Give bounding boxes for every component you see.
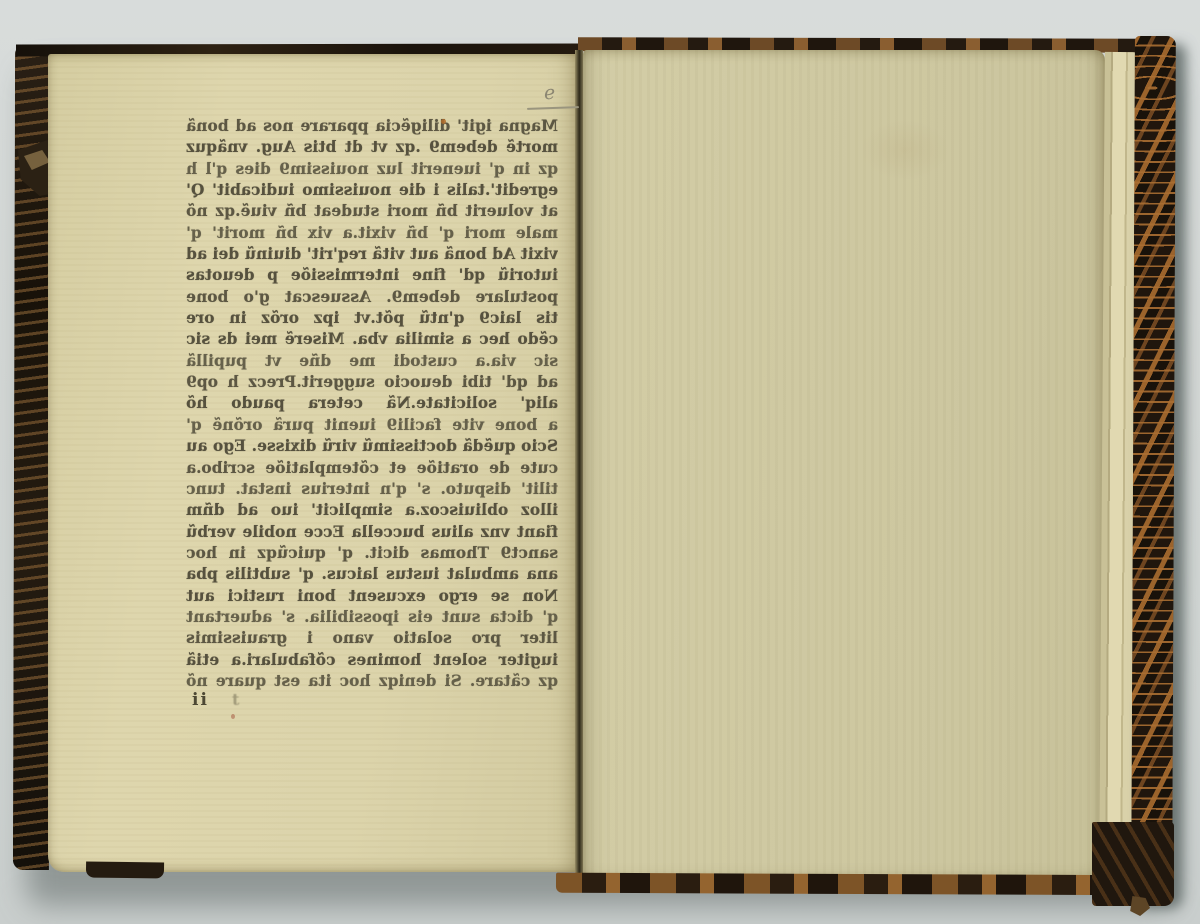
red-speck [231, 714, 235, 719]
marbled-cover-right-edge [1131, 36, 1176, 900]
text-line: iugiter solent homines cõfabulari.a etiã… [186, 650, 558, 671]
rust-speck [441, 119, 446, 124]
text-line: aliq' solicitate.Nã cetera paudo hõ simp… [186, 393, 558, 414]
text-line: at voluerit bñ mori studeat bñ viuẽ.qz n… [186, 201, 558, 222]
text-line: Non se ergo excusent boni rustici aut pu… [186, 586, 558, 607]
text-line: male mori q' bñ vixit.a vix bñ morit' q'… [186, 223, 558, 244]
cover-corner-bottom-right [1092, 822, 1174, 906]
signature-mark: ii [192, 690, 209, 710]
text-line: tis laic9 q'ntũ põt.vt ipz orõz in ore h… [186, 308, 558, 329]
text-line: q' dicta sunt eis ipossibilia. s' aduert… [186, 607, 558, 628]
text-line: postulare debem9. Assuescat g'o bone vol… [186, 287, 558, 308]
handwritten-folio-mark: e [543, 82, 556, 105]
text-line: ad qd' tibi deuocio suggerit.Precz h op9… [186, 372, 558, 393]
text-line: iutoriũ qd' fine intermissiõe p deuotas … [186, 265, 558, 286]
text-line: Scio quẽdã doctissimũ virũ dixisse. Ego … [186, 436, 558, 457]
text-line: egredit'.talis i die nouissimo iudicabit… [186, 180, 558, 201]
mirrored-text-block: Magna igit' diligẽcia pparare nos ad bon… [186, 116, 558, 696]
spine-bottom-sliver [86, 861, 164, 878]
text-line: Magna igit' diligẽcia pparare nos ad bon… [186, 116, 558, 137]
book-photograph: Magna igit' diligẽcia pparare nos ad bon… [0, 0, 1200, 924]
text-line: qz in q' iuenerit luz nouissim9 dies q'l… [186, 159, 558, 180]
text-line: qz cãtare. Si deniqz hoc ita est quare n… [186, 671, 558, 692]
text-line: tilit' disputo. s' q'n interius instat. … [186, 479, 558, 500]
text-line: cẽdo hec a similia vba. Miserẽ mei ds si… [186, 329, 558, 350]
text-line: cute de oratiõe et cõtemplatiõe scribo.a… [186, 458, 558, 479]
right-page-blank [583, 50, 1105, 882]
text-line: sanct9 Thomas dicit. q' quicũqz in hoc x… [186, 543, 558, 564]
text-line: mortẽ debem9 .qz vt dt btis Aug. vnãquz [186, 137, 558, 158]
text-line: illoz obliuiscoz.a simplicit' iuo ad dñm… [186, 500, 558, 521]
text-line: a bone vite facili9 iuenit purã orõnẽ q'… [186, 415, 558, 436]
text-line: liter pro solatio vano i grauissimis lab… [186, 628, 558, 649]
gutter-fold [575, 50, 583, 878]
signature-mark-faint: t [232, 690, 239, 709]
text-line: ana ambulat iustus laicus. q' subtilis p… [186, 564, 558, 585]
paper-stain [860, 120, 950, 180]
text-line: vixit Ad bonã aut vitã req'rit' diuinũ d… [186, 244, 558, 265]
text-line: fiant vnz alius buccella Ecce nobile ver… [186, 522, 558, 543]
marbled-cover-bottom-edge [556, 873, 1164, 896]
text-line: sic via.a custodi me dñe vt pupillã ocul… [186, 351, 558, 372]
